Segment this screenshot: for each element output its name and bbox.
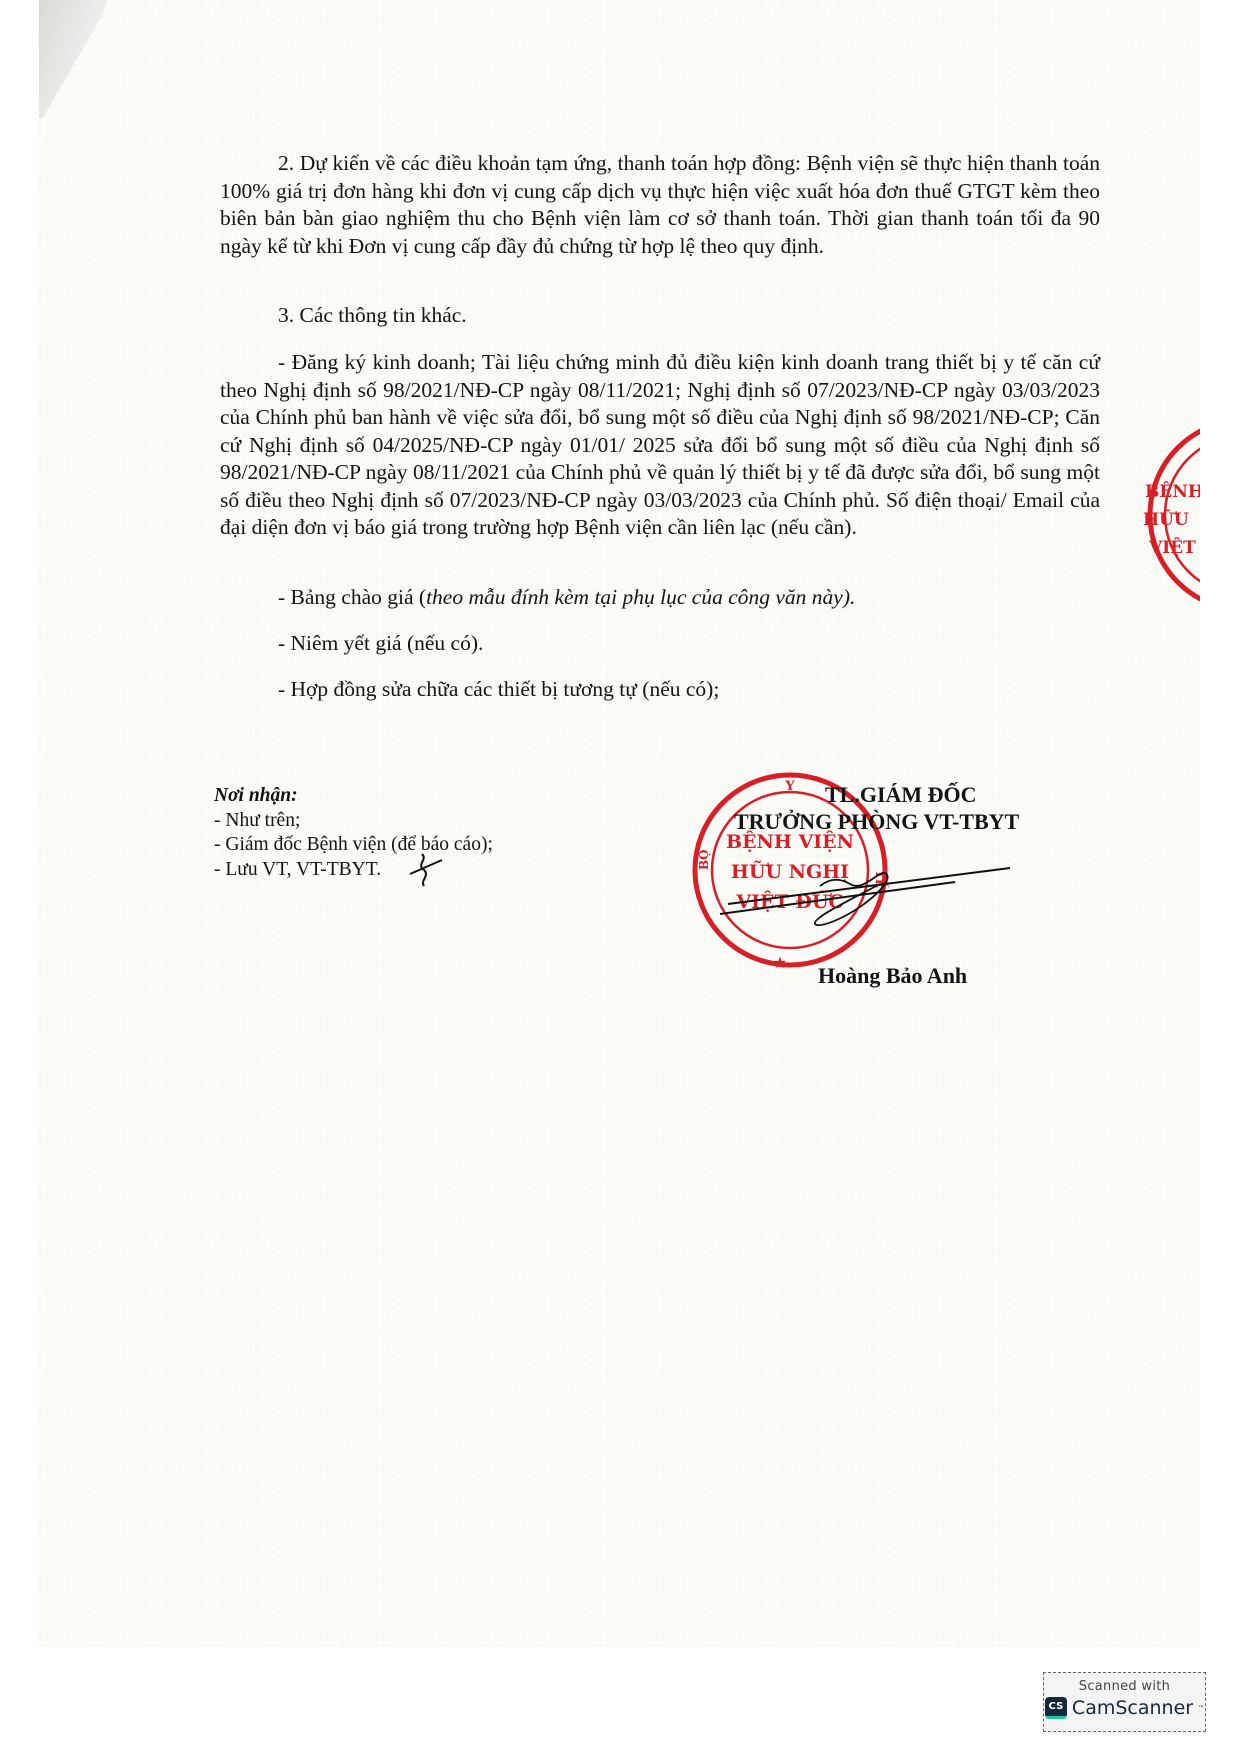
item-1-text: - Đăng ký kinh doanh; Tài liệu chứng min… xyxy=(220,350,1100,539)
signer-name: Hoàng Bảo Anh xyxy=(818,963,967,989)
trademark-symbol: ™ xyxy=(1198,1705,1204,1712)
stamp-ring-top: Y xyxy=(784,779,795,794)
section-3-heading: 3. Các thông tin khác. xyxy=(278,303,467,328)
partial-stamp-right-edge: BỆNH HỮU VIỆT xyxy=(1135,415,1200,615)
stamp-ring-left: BỘ xyxy=(695,849,711,870)
signature-title-line-2: TRƯỞNG PHÒNG VT-TBYT xyxy=(734,809,1019,835)
initials-mark xyxy=(402,850,452,890)
partial-stamp-line: HỮU xyxy=(1143,508,1189,530)
handwritten-signature xyxy=(720,860,1020,940)
camscanner-brand: CS CamScanner™ xyxy=(1044,1697,1205,1719)
partial-stamp-line: BỆNH xyxy=(1145,481,1200,502)
item-2-prefix: - Bảng chào giá ( xyxy=(278,585,426,609)
stamp-star-icon: ★ xyxy=(773,955,787,970)
item-2-italic: theo mẫu đính kèm tại phụ lục của công v… xyxy=(426,585,855,609)
section-3-item-similar-contracts: - Hợp đồng sửa chữa các thiết bị tương t… xyxy=(278,677,719,702)
camscanner-name: CamScanner xyxy=(1072,1697,1193,1719)
section-3-item-price-listing: - Niêm yết giá (nếu có). xyxy=(278,631,483,656)
signature-title-line-1: TL.GIÁM ĐỐC xyxy=(825,782,977,808)
camscanner-watermark: Scanned with CS CamScanner™ xyxy=(1043,1672,1206,1732)
scanned-with-label: Scanned with xyxy=(1044,1679,1205,1694)
recipients-title: Nơi nhận: xyxy=(214,784,493,809)
section-3-item-business-registration: - Đăng ký kinh doanh; Tài liệu chứng min… xyxy=(220,349,1100,542)
recipient-item: - Như trên; xyxy=(214,809,493,834)
section-2-paragraph: 2. Dự kiến về các điều khoản tạm ứng, th… xyxy=(220,150,1100,260)
camscanner-logo-icon: CS xyxy=(1045,1697,1067,1719)
section-3-item-price-quote: - Bảng chào giá (theo mẫu đính kèm tại p… xyxy=(278,585,855,610)
partial-stamp-line: VIỆT xyxy=(1148,537,1196,558)
section-2-text: 2. Dự kiến về các điều khoản tạm ứng, th… xyxy=(220,151,1100,258)
